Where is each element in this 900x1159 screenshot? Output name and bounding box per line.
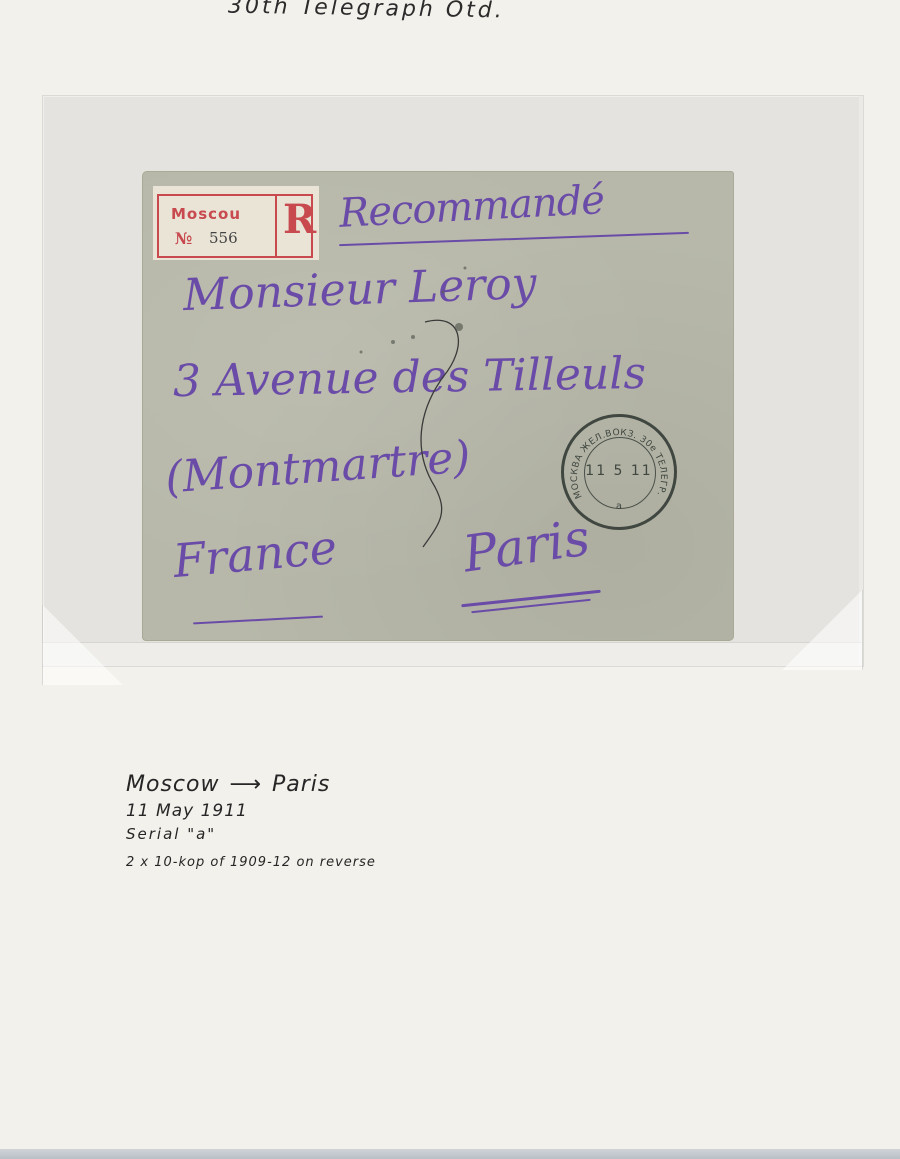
registration-label-divider (275, 196, 277, 256)
note-serial: Serial "a" (126, 825, 376, 843)
page-title: 30th Telegraph Otd. (228, 0, 505, 23)
handwritten-country: France (171, 520, 339, 588)
note-route-from: Moscow (126, 772, 219, 797)
numero-sign: № (175, 229, 192, 248)
sleeve-edge (859, 96, 863, 666)
underline-stroke (193, 616, 323, 625)
scanner-edge (0, 1149, 900, 1159)
handwritten-street: 3 Avenue des Tilleuls (173, 348, 647, 407)
postmark-serial: а (564, 501, 674, 512)
cancellation-postmark: МОСКВА ЖЕЛ.ВОКЗ. 30е ТЕЛЕГР. ОТД. 11 5 1… (561, 414, 677, 530)
postmark-date: 11 5 11 (564, 463, 674, 479)
note-stamps: 2 x 10-kop of 1909-12 on reverse (126, 855, 376, 870)
note-date: 11 May 1911 (126, 801, 376, 821)
cover-envelope: Moscou № 556 R Recommandé Monsieur Leroy… (143, 172, 733, 640)
handwritten-district: (Montmartre) (164, 431, 472, 503)
mount-corner-right (782, 590, 863, 670)
registration-letter: R (283, 200, 316, 240)
handwritten-recipient: Monsieur Leroy (182, 258, 537, 321)
note-route-to: Paris (272, 772, 330, 797)
arrow-right-icon: ⟶ (229, 772, 262, 797)
registration-number: 556 (209, 229, 238, 247)
collector-notes: Moscow ⟶ Paris 11 May 1911 Serial "a" 2 … (126, 772, 376, 870)
handwritten-registered: Recommandé (338, 177, 605, 237)
sleeve-bottom-edge (42, 642, 862, 665)
mount-corner-left (42, 605, 123, 685)
registration-label-frame: Moscou № 556 R (157, 194, 313, 258)
note-route: Moscow ⟶ Paris (126, 772, 376, 797)
registration-label: Moscou № 556 R (153, 186, 319, 260)
registration-city: Moscou (171, 205, 241, 223)
